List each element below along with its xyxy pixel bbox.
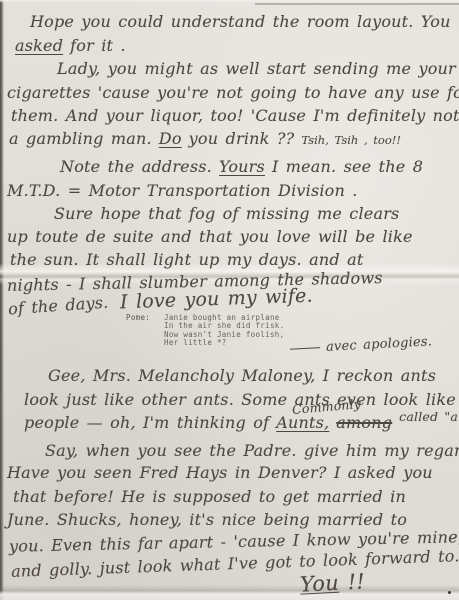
letter-line: look just like other ants. Some ants eve…: [24, 390, 456, 409]
letter-line: Say, when you see the Padre. give him my…: [45, 441, 459, 460]
poem-label: Pome:: [126, 314, 150, 322]
letter-text: for it .: [70, 36, 126, 55]
letter-line: June. Shucks, honey, it's nice being mar…: [7, 510, 407, 529]
underlined-word: Do: [159, 129, 182, 148]
signoff-exclaim: !!: [347, 569, 366, 594]
letter-text-small: Tsih, Tsih , too!!: [301, 133, 401, 147]
scan-top-line: [255, 3, 459, 5]
struck-word: among: [336, 413, 392, 432]
letter-line: cigarettes 'cause you're not going to ha…: [7, 83, 459, 102]
underlined-word: Yours: [219, 157, 265, 176]
paper-fold-crease-bottom: [0, 585, 459, 600]
poem-annotation: avec apologies.: [290, 334, 433, 356]
signoff: You !!: [299, 569, 365, 596]
letter-line: that before! He is supposed to get marri…: [13, 487, 406, 506]
letter-line: Have you seen Fred Hays in Denver? I ask…: [7, 463, 433, 482]
scan-left-edge: [0, 0, 4, 600]
letter-line: M.T.D. = Motor Transportation Division .: [7, 181, 358, 200]
letter-line: askedfor it .: [15, 36, 126, 55]
letter-line: Lady, you might as well start sending me…: [57, 59, 456, 78]
underlined-word: asked: [15, 36, 63, 55]
signoff-word: You: [299, 571, 339, 597]
letter-line: a gambling man.Doyou drink ??Tsih, Tsih …: [9, 129, 401, 148]
letter-line: people — oh, I'm thinking ofAunts,amongc…: [24, 413, 459, 432]
letter-line: Gee, Mrs. Melancholy Maloney, I reckon a…: [48, 366, 436, 385]
letter-text: people — oh, I'm thinking of: [24, 413, 269, 432]
letter-line: the sun. It shall light up my days. and …: [10, 250, 363, 269]
letter-line: them. And your liquor, too! 'Cause I'm d…: [11, 106, 459, 125]
letter-text: I mean. see the 8: [272, 157, 423, 176]
letter-text: you drink ??: [189, 129, 295, 148]
annotation-dash: [290, 347, 320, 350]
letter-text: called "ants".: [399, 409, 459, 424]
letter-line: Note the address.YoursI mean. see the 8: [60, 157, 423, 176]
ink-speck: [448, 591, 451, 594]
letter-text: Note the address.: [60, 157, 212, 176]
annotation-text: avec apologies.: [326, 334, 433, 355]
letter-line: Sure hope that fog of missing me clears: [54, 204, 399, 223]
letter-line: up toute de suite and that you love will…: [7, 227, 413, 246]
letter-page: Hope you could understand the room layou…: [0, 0, 459, 600]
letter-line: Hope you could understand the room layou…: [30, 12, 451, 31]
poem-line: Her little *?: [164, 339, 284, 347]
letter-text: a gambling man.: [9, 129, 152, 148]
typed-poem: Pome: Janie bought an airplane In the ai…: [126, 314, 284, 348]
letter-line: of the days.: [7, 293, 109, 319]
